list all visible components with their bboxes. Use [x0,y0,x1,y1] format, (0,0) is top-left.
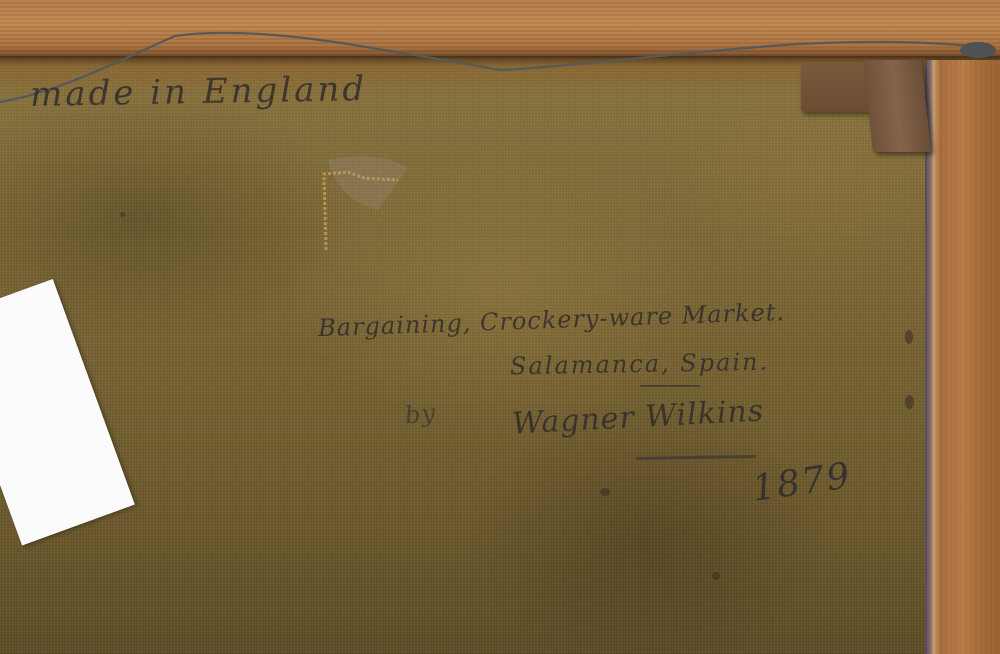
inscription-made-in-england: made in England [30,69,368,115]
inscription-location: Salamanca, Spain. [510,348,770,381]
ink-underline [640,385,700,387]
canvas-back [0,58,925,654]
stain-spot [905,330,913,344]
stain-spot [600,488,610,496]
repaired-tear [318,150,438,260]
stain-spot [120,212,125,217]
painting-back-photo: made in England Bargaining, Crockery-war… [0,0,1000,654]
right-stretcher-bar [925,60,1000,654]
inscription-by: by [404,398,438,429]
stain-spot [712,572,720,580]
wire-knot [960,42,996,58]
stain-spot [905,395,914,409]
